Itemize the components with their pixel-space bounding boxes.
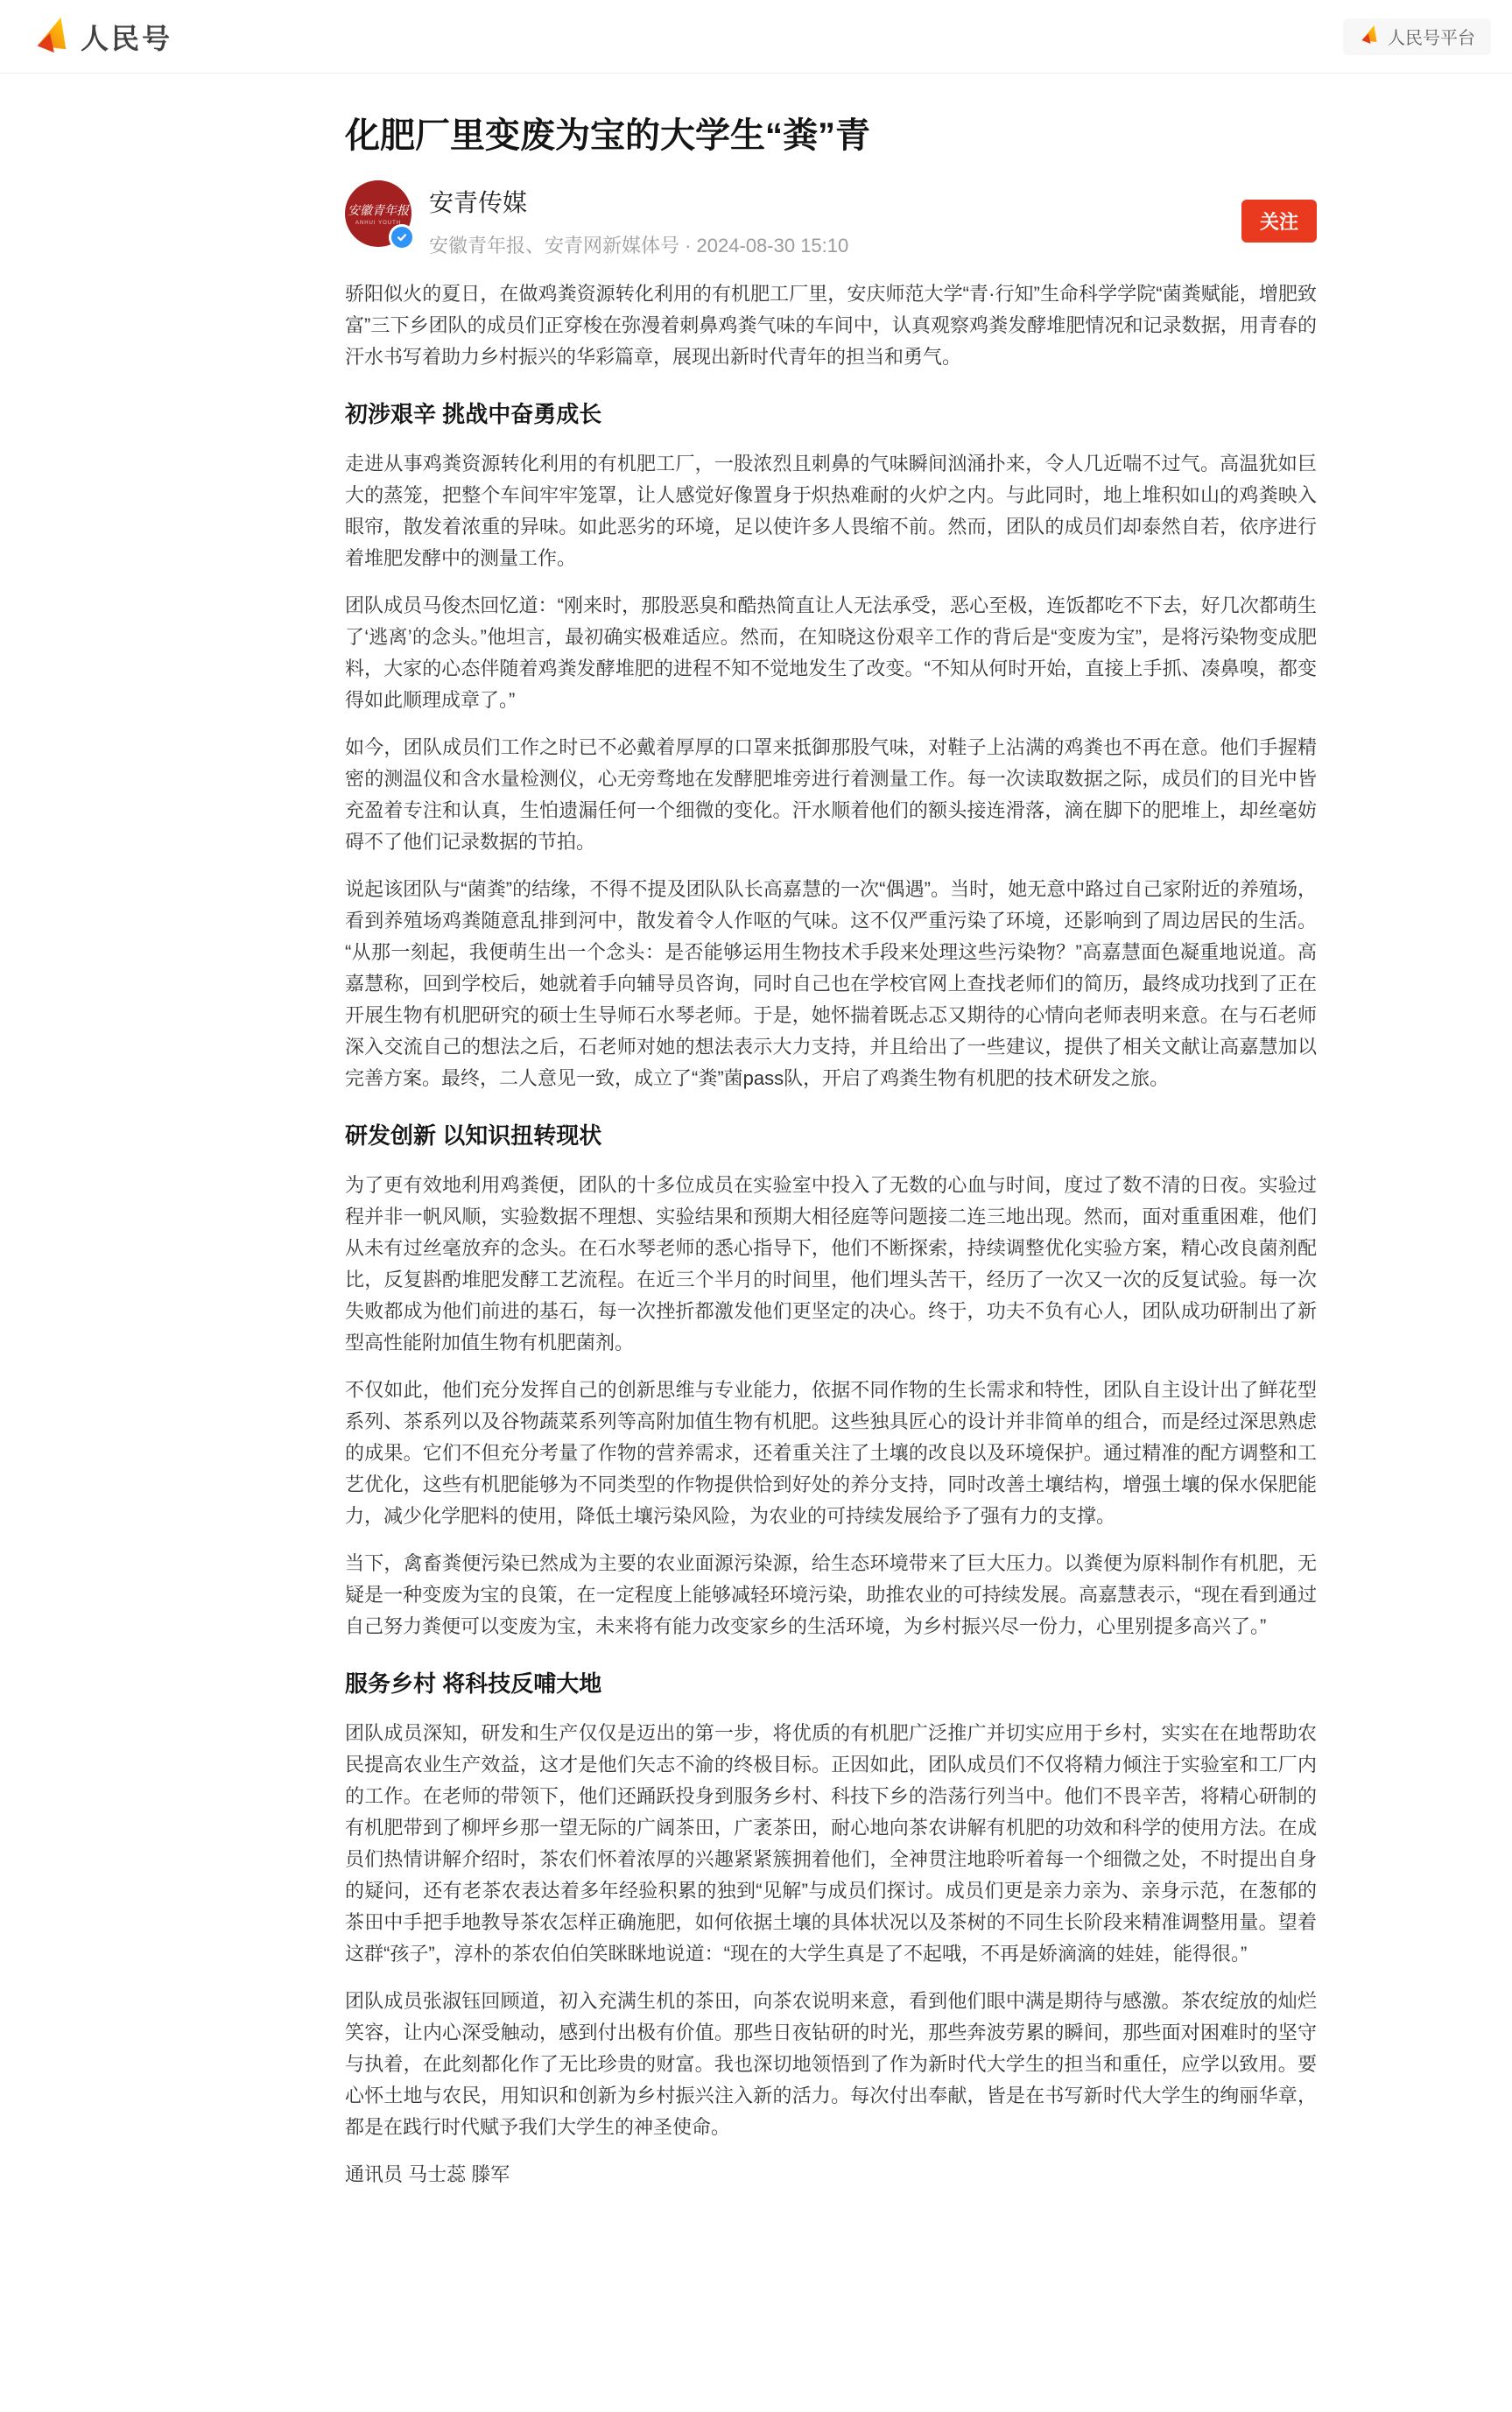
section-heading: 服务乡村 将科技反哺大地 — [345, 1669, 1317, 1698]
article-paragraph: 说起该团队与“菌粪”的结缘，不得不提及团队队长高嘉慧的一次“偶遇”。当时，她无意… — [345, 874, 1317, 1094]
article-paragraph: 为了更有效地利用鸡粪便，团队的十多位成员在实验室中投入了无数的心血与时间，度过了… — [345, 1170, 1317, 1359]
section-heading: 研发创新 以知识扭转现状 — [345, 1121, 1317, 1150]
author-info: 安青传媒 安徽青年报、安青网新媒体号 · 2024-08-30 15:10 — [429, 180, 1317, 258]
section-heading: 初涉艰辛 挑战中奋勇成长 — [345, 399, 1317, 429]
verified-badge-icon — [389, 224, 415, 250]
author-avatar[interactable]: 安徽青年报 ANHUI YOUTH — [345, 180, 411, 247]
article-paragraph: 团队成员深知，研发和生产仅仅是迈出的第一步，将优质的有机肥广泛推广并切实应用于乡… — [345, 1718, 1317, 1970]
logo-text: 人民号 — [81, 17, 172, 57]
article-body: 骄阳似火的夏日，在做鸡粪资源转化利用的有机肥工厂里，安庆师范大学“青·行知”生命… — [345, 278, 1317, 2190]
article-title: 化肥厂里变废为宝的大学生“粪”青 — [345, 112, 1317, 159]
author-row: 安徽青年报 ANHUI YOUTH 安青传媒 安徽青年报、安青网新媒体号 · 2… — [345, 180, 1317, 249]
platform-button[interactable]: 人民号平台 — [1343, 18, 1491, 55]
follow-button[interactable]: 关注 — [1241, 200, 1317, 243]
article-paragraph: 骄阳似火的夏日，在做鸡粪资源转化利用的有机肥工厂里，安庆师范大学“青·行知”生命… — [345, 278, 1317, 373]
article-paragraph: 团队成员马俊杰回忆道：“刚来时，那股恶臭和酷热简直让人无法承受，恶心至极，连饭都… — [345, 590, 1317, 716]
author-meta: 安徽青年报、安青网新媒体号 · 2024-08-30 15:10 — [429, 231, 1317, 258]
avatar-calligraphy-text: 安徽青年报 — [345, 201, 411, 219]
article-paragraph: 团队成员张淑钰回顾道，初入充满生机的茶田，向茶农说明来意，看到他们眼中满是期待与… — [345, 1986, 1317, 2143]
correspondent-line: 通讯员 马士蕊 滕军 — [345, 2159, 1317, 2190]
platform-button-label: 人民号平台 — [1388, 24, 1475, 49]
article-paragraph: 当下，禽畜粪便污染已然成为主要的农业面源污染源，给生态环境带来了巨大压力。以粪便… — [345, 1548, 1317, 1642]
pmh-arrow-logo-icon-small — [1359, 24, 1380, 50]
top-header: 人民号 人民号平台 — [0, 0, 1512, 74]
article: 化肥厂里变废为宝的大学生“粪”青 安徽青年报 ANHUI YOUTH 安青传媒 … — [345, 112, 1317, 2233]
article-paragraph: 不仅如此，他们充分发挥自己的创新思维与专业能力，依据不同作物的生长需求和特性，团… — [345, 1375, 1317, 1532]
author-name[interactable]: 安青传媒 — [429, 184, 1317, 219]
article-paragraph: 如今，团队成员们工作之时已不必戴着厚厚的口罩来抵御那股气味，对鞋子上沾满的鸡粪也… — [345, 732, 1317, 858]
article-paragraph: 走进从事鸡粪资源转化利用的有机肥工厂，一股浓烈且刺鼻的气味瞬间汹涌扑来，令人几近… — [345, 448, 1317, 574]
peoples-daily-hao-logo[interactable]: 人民号 — [32, 14, 172, 59]
pmh-arrow-logo-icon — [32, 14, 72, 59]
